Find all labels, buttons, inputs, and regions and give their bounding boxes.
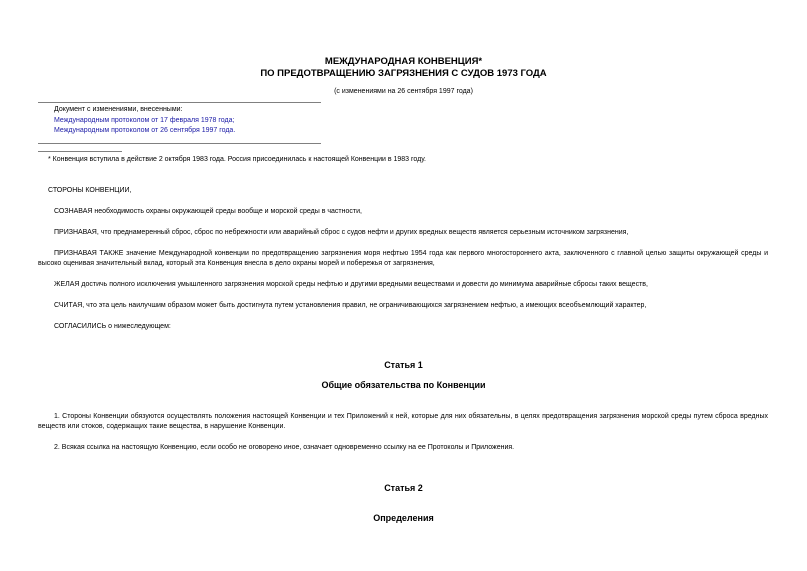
amendments-label: Документ с изменениями, внесенными:: [54, 105, 183, 114]
article-1-title: Общие обязательства по Конвенции: [0, 381, 807, 390]
preamble-paragraph: ЖЕЛАЯ достичь полного исключения умышлен…: [54, 280, 784, 290]
document-title-line1: МЕЖДУНАРОДНАЯ КОНВЕНЦИЯ*: [0, 56, 807, 68]
amendments-bottom-rule: [38, 143, 321, 144]
amendment-link-1997[interactable]: Международным протоколом от 26 сентября …: [54, 126, 235, 135]
footnote-text: * Конвенция вступила в действие 2 октябр…: [48, 155, 426, 164]
amendments-top-rule: [38, 102, 321, 103]
preamble-paragraph: СЧИТАЯ, что эта цель наилучшим образом м…: [54, 301, 784, 311]
document-title-line2: ПО ПРЕДОТВРАЩЕНИЮ ЗАГРЯЗНЕНИЯ С СУДОВ 19…: [0, 68, 807, 80]
article-1-number: Статья 1: [0, 361, 807, 370]
article-1-paragraph-2: 2. Всякая ссылка на настоящую Конвенцию,…: [54, 443, 784, 453]
footnote-rule: [38, 151, 122, 152]
article-1-paragraph-1: 1. Стороны Конвенции обязуются осуществл…: [38, 412, 768, 432]
amendment-link-1978[interactable]: Международным протоколом от 17 февраля 1…: [54, 116, 234, 125]
preamble-paragraph: СОГЛАСИЛИСЬ о нижеследующем:: [54, 322, 784, 332]
preamble-paragraph: ПРИЗНАВАЯ ТАКЖЕ значение Международной к…: [38, 249, 768, 269]
preamble-paragraph: ПРИЗНАВАЯ, что преднамеренный сброс, сбр…: [54, 228, 784, 238]
preamble-parties: СТОРОНЫ КОНВЕНЦИИ,: [48, 186, 778, 196]
article-2-title: Определения: [0, 514, 807, 523]
document-page: МЕЖДУНАРОДНАЯ КОНВЕНЦИЯ* ПО ПРЕДОТВРАЩЕН…: [0, 0, 807, 571]
document-subtitle: (с изменениями на 26 сентября 1997 года): [0, 87, 807, 96]
article-2-number: Статья 2: [0, 484, 807, 493]
preamble-paragraph: СОЗНАВАЯ необходимость охраны окружающей…: [54, 207, 784, 217]
